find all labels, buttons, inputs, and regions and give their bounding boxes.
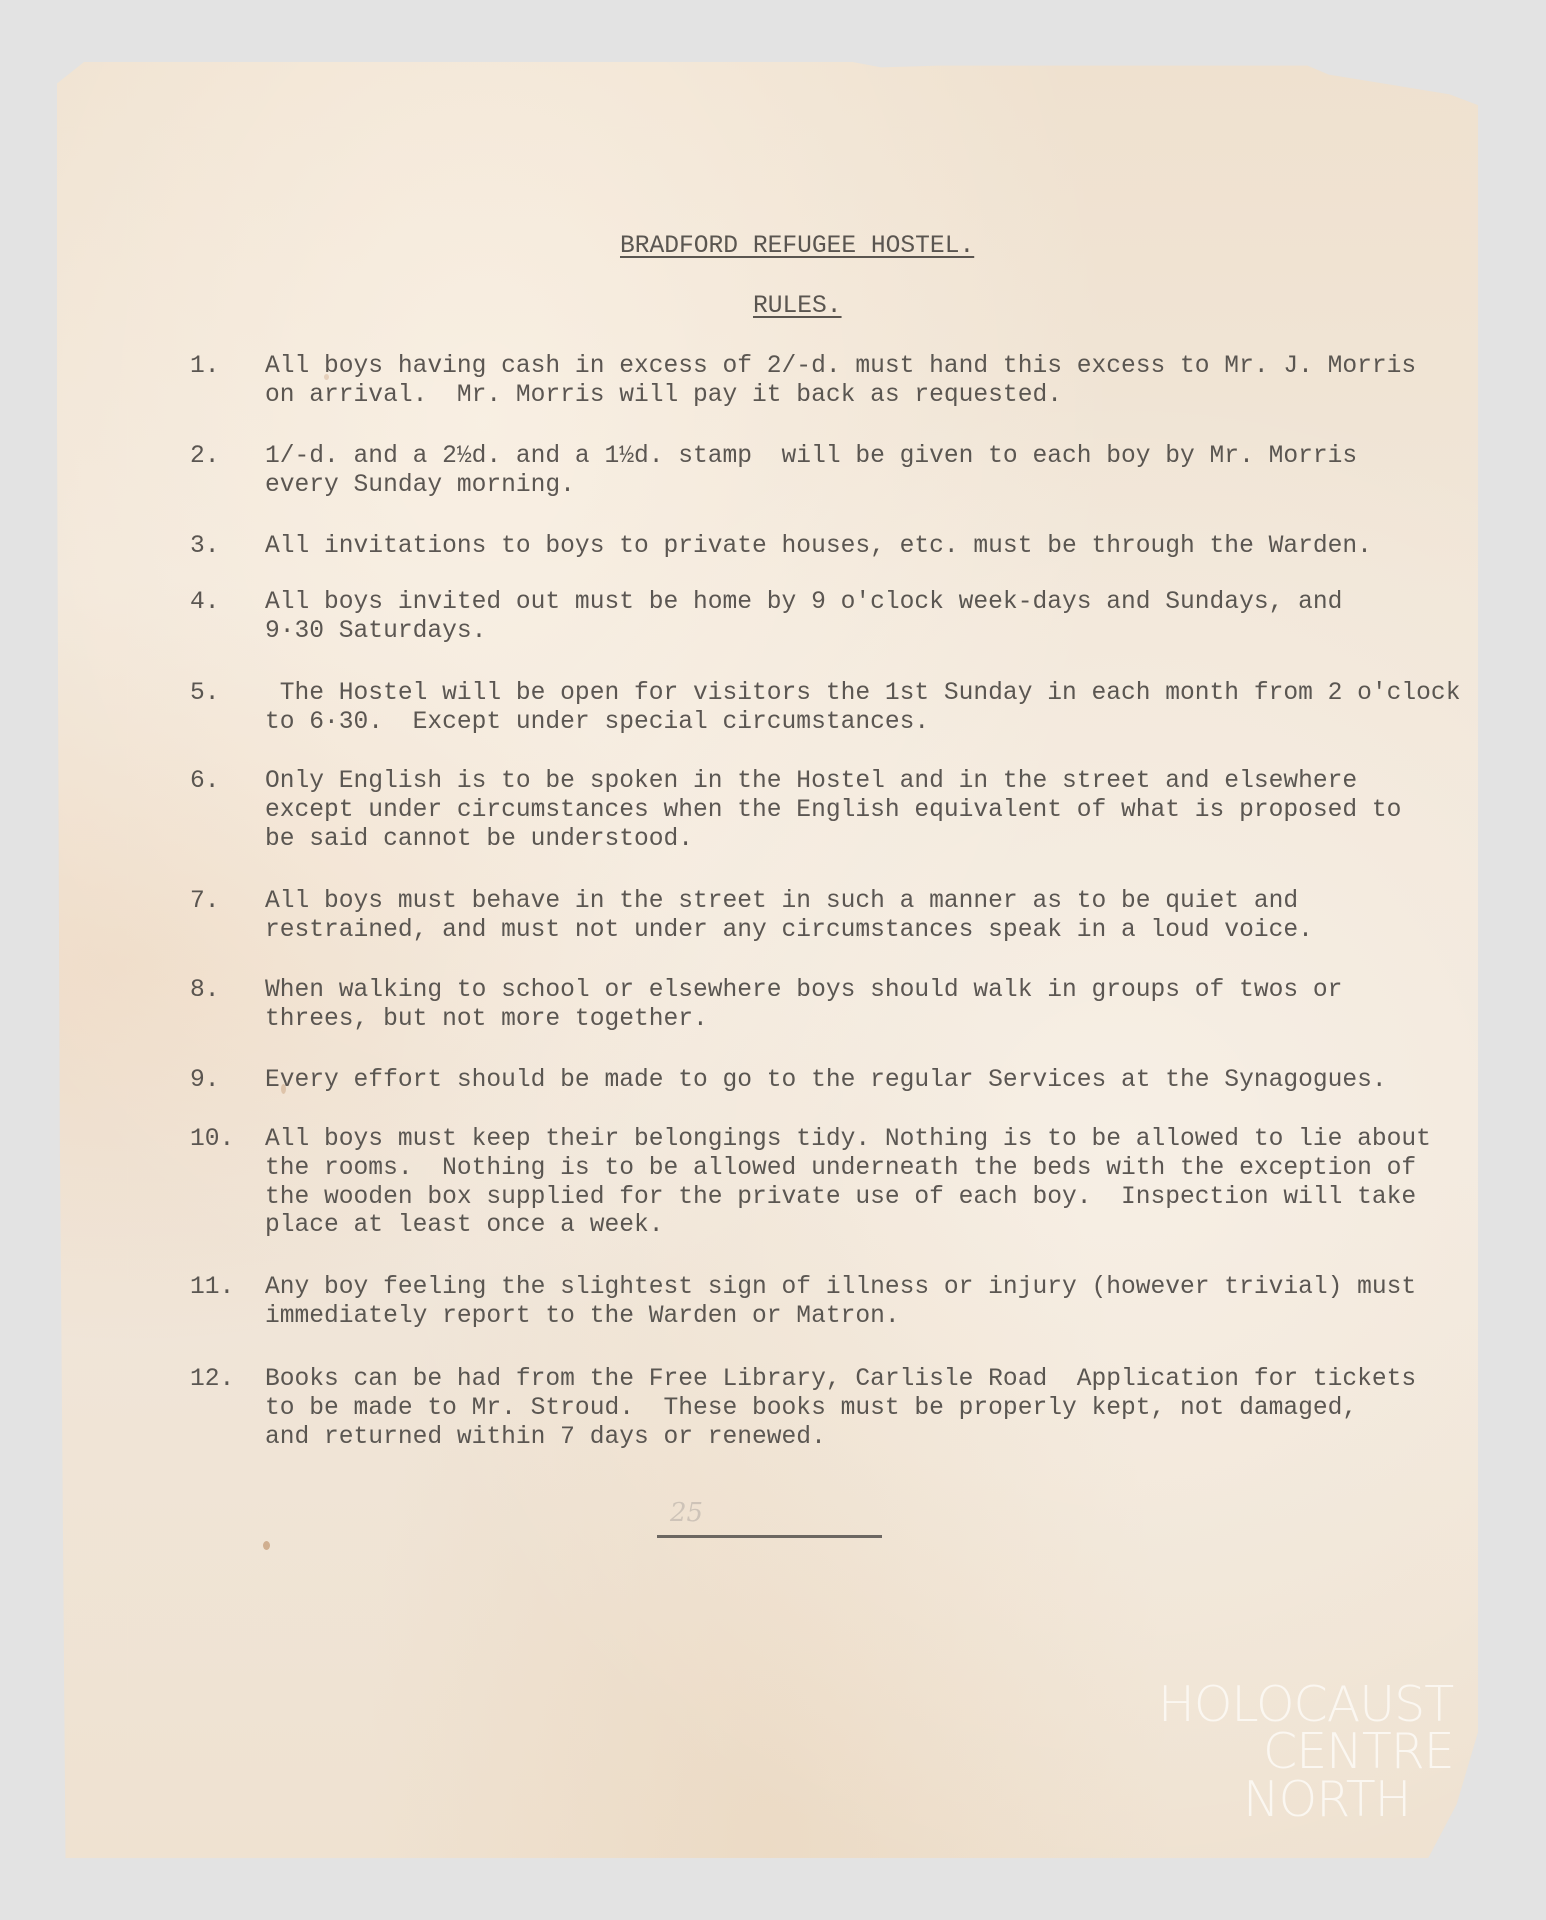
document-title: BRADFORD REFUGEE HOSTEL. bbox=[620, 234, 974, 260]
rule-number: 2. bbox=[190, 443, 220, 472]
rule-text-line: When walking to school or elsewhere boys… bbox=[265, 977, 1342, 1006]
rule-text-line: to be made to Mr. Stroud. These books mu… bbox=[265, 1395, 1416, 1424]
rule-text-line: All boys invited out must be home by 9 o… bbox=[265, 589, 1342, 618]
rule-number: 3. bbox=[190, 533, 220, 562]
rule-text-line: and returned within 7 days or renewed. bbox=[265, 1424, 1416, 1453]
rule-text-line: Only English is to be spoken in the Host… bbox=[265, 768, 1401, 797]
rule-text-line: Every effort should be made to go to the… bbox=[265, 1067, 1387, 1096]
rule-text-line: immediately report to the Warden or Matr… bbox=[265, 1303, 1416, 1332]
holocaust-centre-north-logo: HOLOCAUST CENTRE NORTH bbox=[0, 0, 10, 64]
logo-line-holocaust: HOLOCAUST bbox=[1158, 1680, 1453, 1729]
closing-rule-line bbox=[657, 1535, 882, 1538]
logo-line-centre: CENTRE bbox=[1263, 1727, 1454, 1776]
rule-text-line: the wooden box supplied for the private … bbox=[265, 1184, 1431, 1213]
document-subtitle: RULES. bbox=[753, 294, 842, 320]
rule-text-line: 1/-d. and a 2½d. and a 1½d. stamp will b… bbox=[265, 443, 1357, 472]
rule-text-line: restrained, and must not under any circu… bbox=[265, 917, 1313, 946]
pencil-annotation: 25 bbox=[670, 1498, 703, 1528]
rule-text-line: on arrival. Mr. Morris will pay it back … bbox=[265, 382, 1416, 411]
rule-text-line: All boys must behave in the street in su… bbox=[265, 888, 1313, 917]
rule-text-line: except under circumstances when the Engl… bbox=[265, 797, 1401, 826]
rule-text-line: every Sunday morning. bbox=[265, 472, 1357, 501]
document-paper bbox=[57, 62, 1478, 1858]
rule-number: 9. bbox=[190, 1067, 220, 1096]
rule-text-line: place at least once a week. bbox=[265, 1212, 1431, 1241]
rule-text-line: threes, but not more together. bbox=[265, 1006, 1342, 1035]
rule-text-line: All boys having cash in excess of 2/-d. … bbox=[265, 353, 1416, 382]
rule-number: 10. bbox=[190, 1126, 234, 1155]
rule-number: 12. bbox=[190, 1366, 234, 1395]
rule-number: 1. bbox=[190, 353, 220, 382]
rule-number: 5. bbox=[190, 680, 220, 709]
rule-number: 7. bbox=[190, 888, 220, 917]
rule-number: 11. bbox=[190, 1274, 234, 1303]
rule-text-line: Any boy feeling the slightest sign of il… bbox=[265, 1274, 1416, 1303]
rule-text-line: to 6·30. Except under special circumstan… bbox=[265, 709, 1460, 738]
logo-line-north: NORTH bbox=[1243, 1775, 1410, 1824]
rule-text-line: All boys must keep their belongings tidy… bbox=[265, 1126, 1431, 1155]
rule-text-line: 9·30 Saturdays. bbox=[265, 618, 1342, 647]
rule-text-line: Books can be had from the Free Library, … bbox=[265, 1366, 1416, 1395]
rule-number: 6. bbox=[190, 768, 220, 797]
rule-text-line: the rooms. Nothing is to be allowed unde… bbox=[265, 1155, 1431, 1184]
rule-text-line: be said cannot be understood. bbox=[265, 826, 1401, 855]
rule-text-line: All invitations to boys to private house… bbox=[265, 533, 1372, 562]
rule-number: 4. bbox=[190, 589, 220, 618]
rule-number: 8. bbox=[190, 977, 220, 1006]
rule-text-line: The Hostel will be open for visitors the… bbox=[265, 680, 1460, 709]
stain-mark bbox=[263, 1541, 270, 1550]
